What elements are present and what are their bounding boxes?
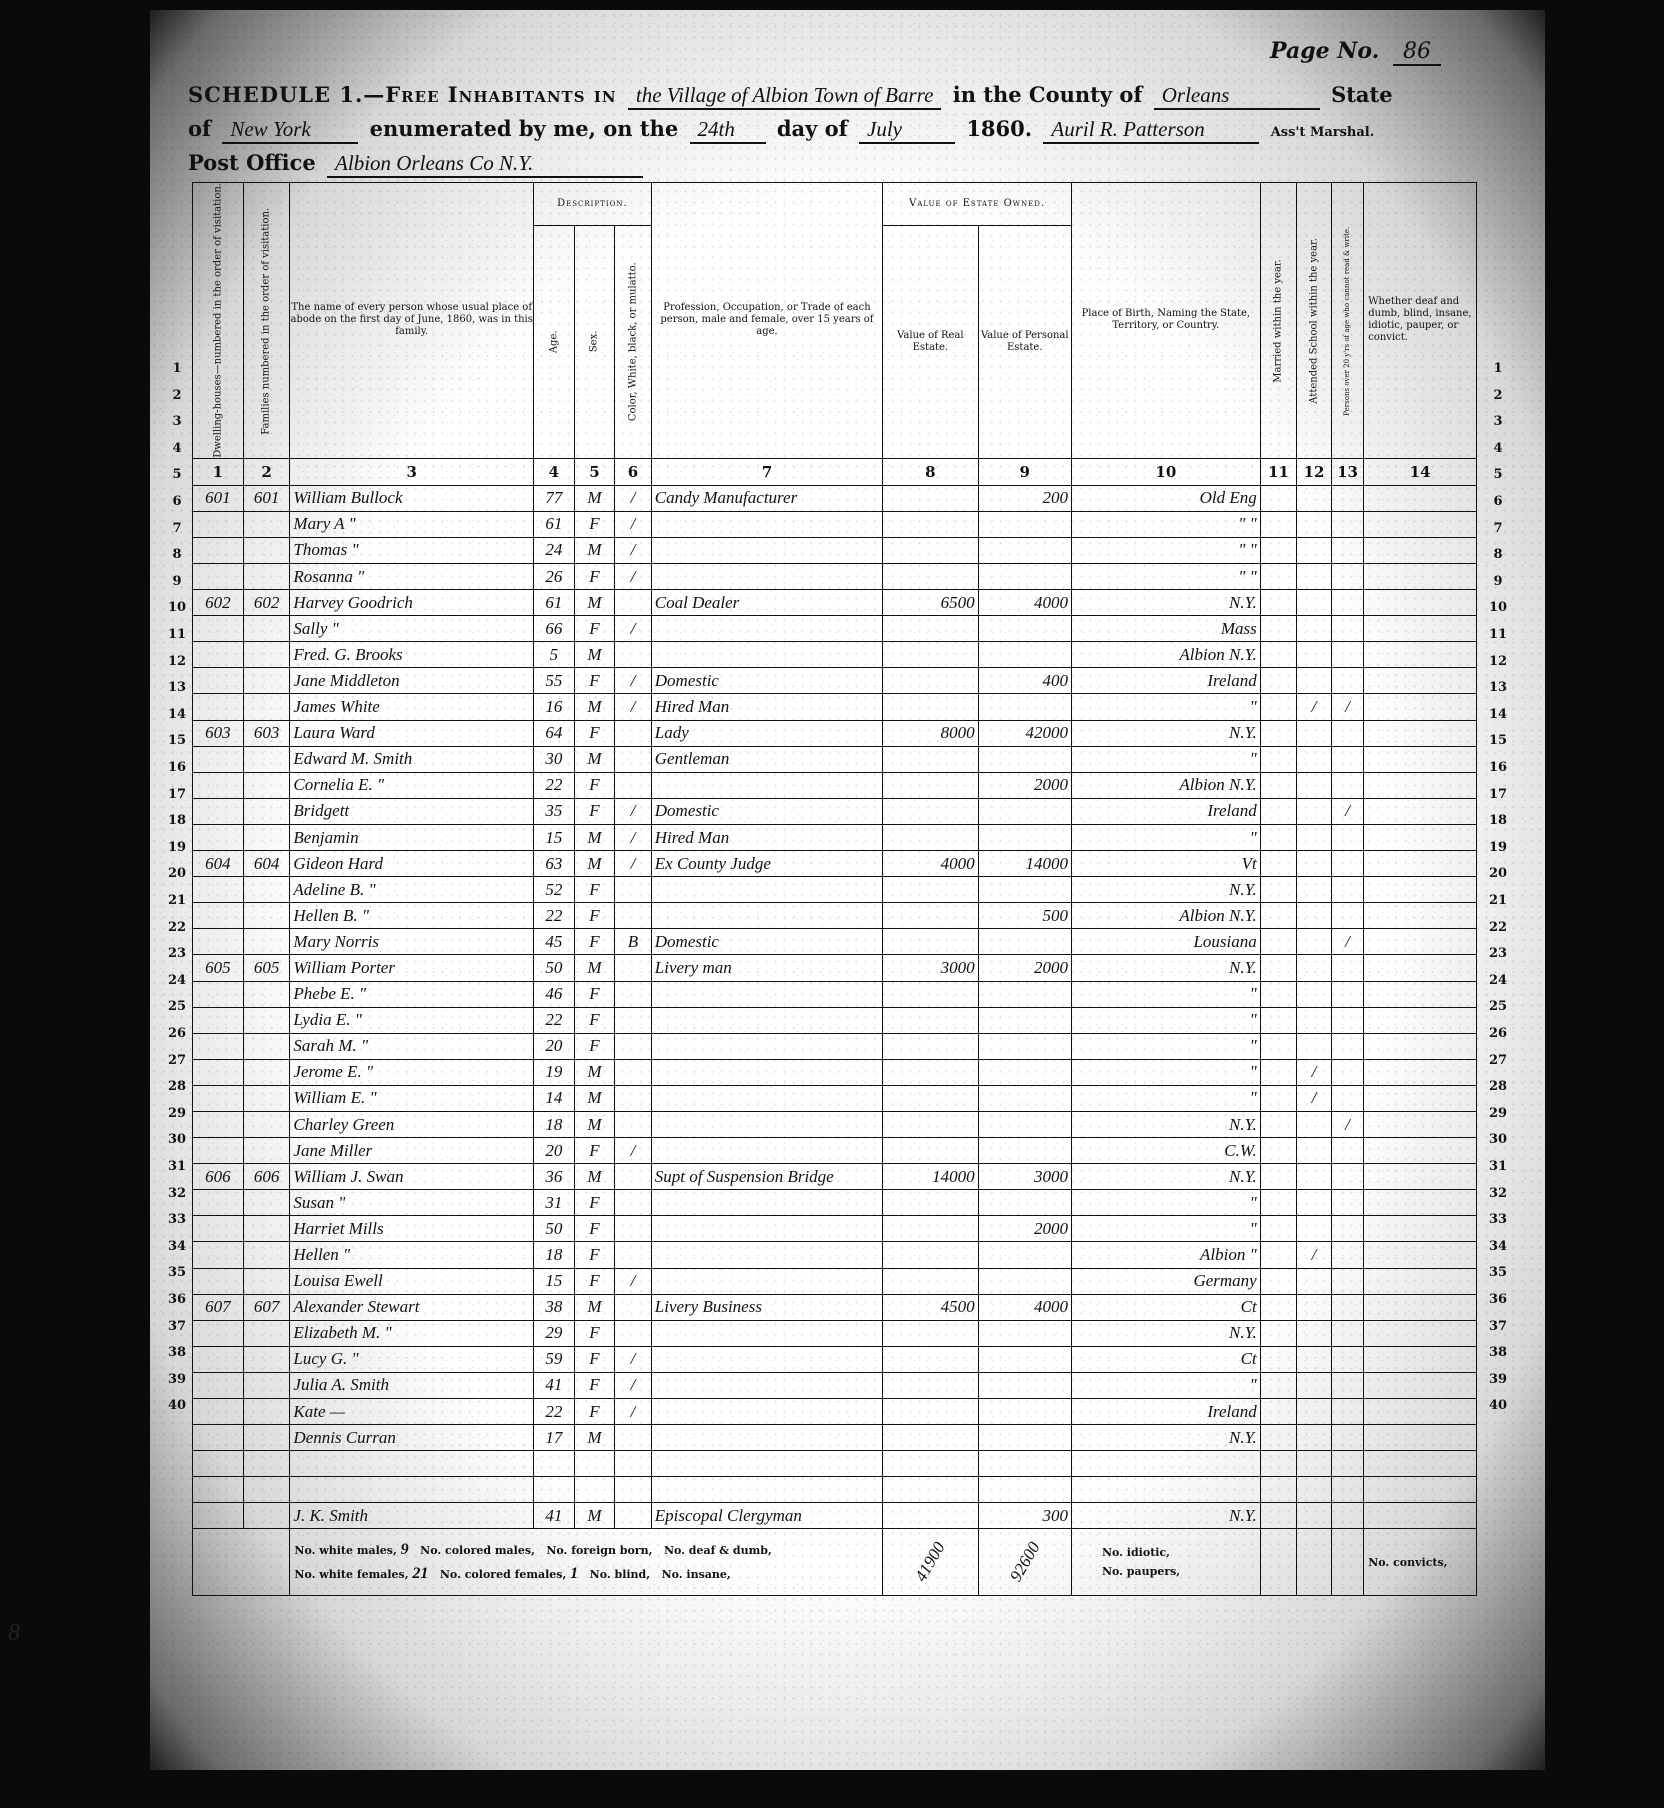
table-row: Mary A "61F/" " xyxy=(193,511,1477,537)
age-cell: 5 xyxy=(534,642,575,668)
birthplace-cell: " xyxy=(1071,1059,1260,1085)
personal-estate-value-cell xyxy=(978,616,1071,642)
attended-school-cell xyxy=(1297,929,1332,955)
census-table: Dwelling-houses—numbered in the order of… xyxy=(192,182,1477,1596)
line-number: 31 xyxy=(1485,1159,1511,1174)
person-name-cell: Sally " xyxy=(290,616,534,642)
family-number-cell xyxy=(243,564,290,590)
line-number: 21 xyxy=(1485,893,1511,908)
age-cell: 18 xyxy=(534,1242,575,1268)
occupation-cell xyxy=(651,1372,882,1398)
married-within-year-cell xyxy=(1260,1503,1297,1529)
line-number: 28 xyxy=(164,1079,190,1094)
cannot-read-write-cell xyxy=(1331,1399,1363,1425)
real-estate-value-cell xyxy=(883,485,978,511)
table-row: Elizabeth M. "29FN.Y. xyxy=(193,1320,1477,1346)
birthplace-cell: " xyxy=(1071,694,1260,720)
summary-row: No. white males, 9 No. colored males, No… xyxy=(193,1529,1477,1596)
age-cell: 17 xyxy=(534,1425,575,1451)
birthplace-cell: " " xyxy=(1071,511,1260,537)
attended-school-cell xyxy=(1297,642,1332,668)
table-row: 605605William Porter50MLivery man3000200… xyxy=(193,955,1477,981)
personal-estate-value-cell xyxy=(978,511,1071,537)
married-within-year-cell xyxy=(1260,1242,1297,1268)
table-row: Jane Middleton55F/Domestic400Ireland xyxy=(193,668,1477,694)
real-estate-value-cell: 4000 xyxy=(883,851,978,877)
dwelling-number-cell xyxy=(193,746,244,772)
real-estate-value-cell: 3000 xyxy=(883,955,978,981)
line-number: 7 xyxy=(164,521,190,536)
line-number: 5 xyxy=(1485,467,1511,482)
disability-condition-cell xyxy=(1364,720,1477,746)
occupation-cell xyxy=(651,1268,882,1294)
cannot-read-write-cell xyxy=(1331,1242,1363,1268)
sex-cell xyxy=(574,1451,615,1477)
month-field: July xyxy=(859,117,955,144)
occupation-cell xyxy=(651,1007,882,1033)
page-number: Page No. 86 xyxy=(1270,38,1441,64)
occupation-cell xyxy=(651,511,882,537)
line-number: 28 xyxy=(1485,1079,1511,1094)
table-row: Rosanna "26F/" " xyxy=(193,564,1477,590)
sex-cell: M xyxy=(574,537,615,563)
occupation-cell xyxy=(651,537,882,563)
attended-school-cell xyxy=(1297,1268,1332,1294)
married-within-year-cell xyxy=(1260,511,1297,537)
dwelling-number-cell: 606 xyxy=(193,1164,244,1190)
age-cell: 50 xyxy=(534,1216,575,1242)
age-cell: 41 xyxy=(534,1372,575,1398)
attended-school-cell xyxy=(1297,955,1332,981)
disability-condition-cell xyxy=(1364,1477,1477,1503)
color-cell: / xyxy=(615,798,652,824)
color-cell xyxy=(615,1242,652,1268)
line-number: 15 xyxy=(1485,733,1511,748)
color-cell xyxy=(615,1190,652,1216)
table-row: Bridgett35F/DomesticIreland/ xyxy=(193,798,1477,824)
family-number-cell xyxy=(243,1059,290,1085)
sex-cell: F xyxy=(574,511,615,537)
table-row: Hellen B. "22F500Albion N.Y. xyxy=(193,903,1477,929)
person-name-cell xyxy=(290,1477,534,1503)
real-estate-value-cell xyxy=(883,877,978,903)
line-number: 30 xyxy=(164,1132,190,1147)
table-row: Sarah M. "20F" xyxy=(193,1033,1477,1059)
disability-condition-cell xyxy=(1364,590,1477,616)
personal-estate-value-cell xyxy=(978,1033,1071,1059)
married-within-year-cell xyxy=(1260,1451,1297,1477)
disability-condition-cell xyxy=(1364,798,1477,824)
attended-school-cell xyxy=(1297,1138,1332,1164)
line-number: 19 xyxy=(164,840,190,855)
dwelling-number-cell xyxy=(193,564,244,590)
personal-estate-value-cell xyxy=(978,564,1071,590)
census-summary: No. white males, 9 No. colored males, No… xyxy=(193,1529,1477,1596)
personal-estate-value-cell xyxy=(978,1451,1071,1477)
personal-estate-value-cell xyxy=(978,746,1071,772)
cannot-read-write-cell xyxy=(1331,746,1363,772)
line-number: 31 xyxy=(164,1159,190,1174)
real-estate-value-cell xyxy=(883,903,978,929)
person-name-cell: Dennis Curran xyxy=(290,1425,534,1451)
line-number: 36 xyxy=(164,1292,190,1307)
cannot-read-write-cell: / xyxy=(1331,1111,1363,1137)
personal-estate-value-cell xyxy=(978,1477,1071,1503)
occupation-cell: Domestic xyxy=(651,798,882,824)
cannot-read-write-cell: / xyxy=(1331,694,1363,720)
age-cell: 38 xyxy=(534,1294,575,1320)
person-name-cell: Elizabeth M. " xyxy=(290,1320,534,1346)
attended-school-cell: / xyxy=(1297,1242,1332,1268)
age-cell: 59 xyxy=(534,1346,575,1372)
color-cell: / xyxy=(615,1346,652,1372)
line-number: 3 xyxy=(1485,414,1511,429)
disability-condition-cell xyxy=(1364,1007,1477,1033)
table-row: 606606William J. Swan36MSupt of Suspensi… xyxy=(193,1164,1477,1190)
summary-counts: No. white males, 9 No. colored males, No… xyxy=(290,1529,883,1596)
age-cell: 55 xyxy=(534,668,575,694)
margin-note: 8 xyxy=(8,1620,20,1647)
age-cell: 61 xyxy=(534,590,575,616)
col-occupation-header: Profession, Occupation, or Trade of each… xyxy=(651,183,882,459)
occupation-cell: Lady xyxy=(651,720,882,746)
cannot-read-write-cell: / xyxy=(1331,929,1363,955)
line-number: 38 xyxy=(164,1345,190,1360)
age-cell: 29 xyxy=(534,1320,575,1346)
person-name-cell: J. K. Smith xyxy=(290,1503,534,1529)
personal-estate-value-cell xyxy=(978,824,1071,850)
personal-estate-value-cell: 14000 xyxy=(978,851,1071,877)
attended-school-cell xyxy=(1297,1503,1332,1529)
personal-estate-value-cell xyxy=(978,1372,1071,1398)
birthplace-cell: N.Y. xyxy=(1071,1320,1260,1346)
sex-cell: F xyxy=(574,1320,615,1346)
sex-cell: M xyxy=(574,824,615,850)
married-within-year-cell xyxy=(1260,1111,1297,1137)
disability-condition-cell xyxy=(1364,616,1477,642)
line-number: 6 xyxy=(164,494,190,509)
line-number: 5 xyxy=(164,467,190,482)
cannot-read-write-cell xyxy=(1331,1190,1363,1216)
disability-condition-cell xyxy=(1364,851,1477,877)
cannot-read-write-cell xyxy=(1331,564,1363,590)
age-cell: 77 xyxy=(534,485,575,511)
occupation-cell xyxy=(651,772,882,798)
family-number-cell: 603 xyxy=(243,720,290,746)
disability-condition-cell xyxy=(1364,668,1477,694)
family-number-cell xyxy=(243,694,290,720)
age-cell: 66 xyxy=(534,616,575,642)
cannot-read-write-cell xyxy=(1331,1164,1363,1190)
real-estate-value-cell xyxy=(883,1320,978,1346)
attended-school-cell xyxy=(1297,1320,1332,1346)
color-cell xyxy=(615,903,652,929)
birthplace-cell xyxy=(1071,1451,1260,1477)
real-estate-value-cell xyxy=(883,772,978,798)
married-within-year-cell xyxy=(1260,1216,1297,1242)
birthplace-cell: " xyxy=(1071,1216,1260,1242)
disability-condition-cell xyxy=(1364,1164,1477,1190)
column-group-row: Dwelling-houses—numbered in the order of… xyxy=(193,183,1477,226)
real-estate-value-cell: 14000 xyxy=(883,1164,978,1190)
color-cell: / xyxy=(615,511,652,537)
attended-school-cell xyxy=(1297,1451,1332,1477)
sex-cell xyxy=(574,1477,615,1503)
occupation-cell xyxy=(651,1477,882,1503)
attended-school-cell xyxy=(1297,1425,1332,1451)
summary-idiotic-paupers: No. idiotic, No. paupers, xyxy=(1071,1529,1260,1596)
line-number: 33 xyxy=(1485,1212,1511,1227)
color-cell xyxy=(615,1294,652,1320)
occupation-cell: Livery Business xyxy=(651,1294,882,1320)
age-cell: 46 xyxy=(534,981,575,1007)
line-number: 26 xyxy=(164,1026,190,1041)
dwelling-number-cell xyxy=(193,903,244,929)
color-cell: / xyxy=(615,485,652,511)
family-number-cell xyxy=(243,1138,290,1164)
cannot-read-write-cell xyxy=(1331,1085,1363,1111)
cannot-read-write-cell xyxy=(1331,1477,1363,1503)
married-within-year-cell xyxy=(1260,929,1297,955)
family-number-cell xyxy=(243,746,290,772)
occupation-cell xyxy=(651,1111,882,1137)
age-cell: 36 xyxy=(534,1164,575,1190)
birthplace-cell: N.Y. xyxy=(1071,1503,1260,1529)
family-number-cell xyxy=(243,642,290,668)
person-name-cell: Susan " xyxy=(290,1190,534,1216)
real-estate-value-cell xyxy=(883,1111,978,1137)
age-cell: 41 xyxy=(534,1503,575,1529)
sex-cell: M xyxy=(574,1503,615,1529)
line-number: 1 xyxy=(164,361,190,376)
census-rows: 601601William Bullock77M/Candy Manufactu… xyxy=(193,485,1477,1529)
line-number: 35 xyxy=(1485,1265,1511,1280)
color-cell: / xyxy=(615,1268,652,1294)
real-estate-value-cell: 8000 xyxy=(883,720,978,746)
person-name-cell: Charley Green xyxy=(290,1111,534,1137)
personal-estate-value-cell: 400 xyxy=(978,668,1071,694)
age-cell: 20 xyxy=(534,1138,575,1164)
married-within-year-cell xyxy=(1260,1268,1297,1294)
line-number: 22 xyxy=(1485,920,1511,935)
table-row: Kate —22F/Ireland xyxy=(193,1399,1477,1425)
personal-estate-value-cell: 42000 xyxy=(978,720,1071,746)
married-within-year-cell xyxy=(1260,981,1297,1007)
line-number: 32 xyxy=(164,1186,190,1201)
sex-cell: F xyxy=(574,1346,615,1372)
dwelling-number-cell: 602 xyxy=(193,590,244,616)
line-number: 7 xyxy=(1485,521,1511,536)
table-row: Mary Norris45FBDomesticLousiana/ xyxy=(193,929,1477,955)
line-number: 18 xyxy=(1485,813,1511,828)
cannot-read-write-cell xyxy=(1331,1007,1363,1033)
attended-school-cell xyxy=(1297,798,1332,824)
occupation-cell xyxy=(651,981,882,1007)
attended-school-cell xyxy=(1297,981,1332,1007)
color-cell: / xyxy=(615,1138,652,1164)
family-number-cell: 605 xyxy=(243,955,290,981)
disability-condition-cell xyxy=(1364,981,1477,1007)
color-cell xyxy=(615,1033,652,1059)
real-estate-value-cell xyxy=(883,1268,978,1294)
person-name-cell: Cornelia E. " xyxy=(290,772,534,798)
birthplace-cell: Albion " xyxy=(1071,1242,1260,1268)
cannot-read-write-cell xyxy=(1331,616,1363,642)
line-number: 16 xyxy=(1485,760,1511,775)
disability-condition-cell xyxy=(1364,1111,1477,1137)
sex-cell: F xyxy=(574,1399,615,1425)
cannot-read-write-cell xyxy=(1331,903,1363,929)
dwelling-number-cell xyxy=(193,877,244,903)
occupation-cell xyxy=(651,1242,882,1268)
line-number: 37 xyxy=(164,1319,190,1334)
attended-school-cell xyxy=(1297,616,1332,642)
age-cell: 20 xyxy=(534,1033,575,1059)
line-number: 4 xyxy=(1485,441,1511,456)
cannot-read-write-cell xyxy=(1331,1268,1363,1294)
color-cell xyxy=(615,746,652,772)
family-number-cell xyxy=(243,772,290,798)
table-row: Charley Green18MN.Y./ xyxy=(193,1111,1477,1137)
age-cell: 30 xyxy=(534,746,575,772)
birthplace-cell: Ireland xyxy=(1071,798,1260,824)
line-number: 9 xyxy=(1485,574,1511,589)
occupation-cell xyxy=(651,1059,882,1085)
real-estate-value-cell xyxy=(883,694,978,720)
disability-condition-cell xyxy=(1364,1372,1477,1398)
line-number: 1 xyxy=(1485,361,1511,376)
personal-estate-value-cell: 200 xyxy=(978,485,1071,511)
married-within-year-cell xyxy=(1260,798,1297,824)
col-illiterate-header: Persons over 20 y'rs of age who cannot r… xyxy=(1331,183,1363,459)
locality-field: the Village of Albion Town of Barre xyxy=(628,83,942,110)
disability-condition-cell xyxy=(1364,1451,1477,1477)
sex-cell: F xyxy=(574,1242,615,1268)
occupation-cell xyxy=(651,616,882,642)
personal-estate-value-cell: 300 xyxy=(978,1503,1071,1529)
cannot-read-write-cell xyxy=(1331,877,1363,903)
birthplace-cell: Albion N.Y. xyxy=(1071,903,1260,929)
line-number: 2 xyxy=(164,388,190,403)
occupation-cell xyxy=(651,1190,882,1216)
table-row: Benjamin15M/Hired Man" xyxy=(193,824,1477,850)
married-within-year-cell xyxy=(1260,877,1297,903)
sex-cell: F xyxy=(574,798,615,824)
age-cell: 61 xyxy=(534,511,575,537)
cannot-read-write-cell xyxy=(1331,1346,1363,1372)
married-within-year-cell xyxy=(1260,564,1297,590)
married-within-year-cell xyxy=(1260,694,1297,720)
cannot-read-write-cell xyxy=(1331,1320,1363,1346)
table-row: Julia A. Smith41F/" xyxy=(193,1372,1477,1398)
age-cell: 15 xyxy=(534,824,575,850)
married-within-year-cell xyxy=(1260,668,1297,694)
line-number: 29 xyxy=(164,1106,190,1121)
disability-condition-cell xyxy=(1364,1085,1477,1111)
dwelling-number-cell xyxy=(193,1007,244,1033)
line-number: 24 xyxy=(164,973,190,988)
birthplace-cell: " xyxy=(1071,981,1260,1007)
sex-cell: M xyxy=(574,1164,615,1190)
dwelling-number-cell xyxy=(193,1372,244,1398)
personal-estate-value-cell xyxy=(978,1111,1071,1137)
age-cell: 50 xyxy=(534,955,575,981)
line-number: 6 xyxy=(1485,494,1511,509)
disability-condition-cell xyxy=(1364,929,1477,955)
married-within-year-cell xyxy=(1260,1372,1297,1398)
disability-condition-cell xyxy=(1364,1425,1477,1451)
census-table-wrap: Dwelling-houses—numbered in the order of… xyxy=(192,182,1477,1596)
cannot-read-write-cell xyxy=(1331,511,1363,537)
family-number-cell xyxy=(243,929,290,955)
family-number-cell xyxy=(243,1242,290,1268)
age-cell: 16 xyxy=(534,694,575,720)
table-row: Lydia E. "22F" xyxy=(193,1007,1477,1033)
attended-school-cell xyxy=(1297,668,1332,694)
personal-estate-value-cell xyxy=(978,694,1071,720)
line-number: 11 xyxy=(1485,627,1511,642)
line-number: 27 xyxy=(1485,1053,1511,1068)
line-number: 32 xyxy=(1485,1186,1511,1201)
color-cell: / xyxy=(615,668,652,694)
real-estate-value-cell xyxy=(883,1190,978,1216)
occupation-cell: Episcopal Clergyman xyxy=(651,1503,882,1529)
birthplace-cell: " xyxy=(1071,746,1260,772)
real-estate-value-cell xyxy=(883,616,978,642)
color-cell xyxy=(615,955,652,981)
col-dwelling-header: Dwelling-houses—numbered in the order of… xyxy=(193,183,244,459)
col-sex-header: Sex. xyxy=(574,225,615,458)
family-number-cell xyxy=(243,1399,290,1425)
age-cell: 63 xyxy=(534,851,575,877)
married-within-year-cell xyxy=(1260,1138,1297,1164)
sex-cell: M xyxy=(574,1425,615,1451)
married-within-year-cell xyxy=(1260,772,1297,798)
birthplace-cell: Old Eng xyxy=(1071,485,1260,511)
occupation-cell: Supt of Suspension Bridge xyxy=(651,1164,882,1190)
table-row: 603603Laura Ward64FLady800042000N.Y. xyxy=(193,720,1477,746)
birthplace-cell: " " xyxy=(1071,564,1260,590)
age-cell xyxy=(534,1477,575,1503)
line-number: 34 xyxy=(164,1239,190,1254)
table-row: Edward M. Smith30MGentleman" xyxy=(193,746,1477,772)
attended-school-cell xyxy=(1297,590,1332,616)
sex-cell: F xyxy=(574,903,615,929)
sex-cell: M xyxy=(574,851,615,877)
attended-school-cell: / xyxy=(1297,694,1332,720)
disability-condition-cell xyxy=(1364,955,1477,981)
sex-cell: F xyxy=(574,929,615,955)
dwelling-number-cell xyxy=(193,511,244,537)
line-number: 23 xyxy=(1485,946,1511,961)
table-row: Hellen "18FAlbion "/ xyxy=(193,1242,1477,1268)
age-cell xyxy=(534,1451,575,1477)
color-cell xyxy=(615,877,652,903)
personal-estate-value-cell xyxy=(978,798,1071,824)
marshal-name-field: Auril R. Patterson xyxy=(1043,117,1259,144)
line-number: 21 xyxy=(164,893,190,908)
line-number: 22 xyxy=(164,920,190,935)
age-cell: 18 xyxy=(534,1111,575,1137)
line-number: 14 xyxy=(164,707,190,722)
married-within-year-cell xyxy=(1260,824,1297,850)
dwelling-number-cell xyxy=(193,772,244,798)
dwelling-number-cell xyxy=(193,1477,244,1503)
married-within-year-cell xyxy=(1260,1059,1297,1085)
color-cell: / xyxy=(615,616,652,642)
color-cell: / xyxy=(615,694,652,720)
line-number: 29 xyxy=(1485,1106,1511,1121)
